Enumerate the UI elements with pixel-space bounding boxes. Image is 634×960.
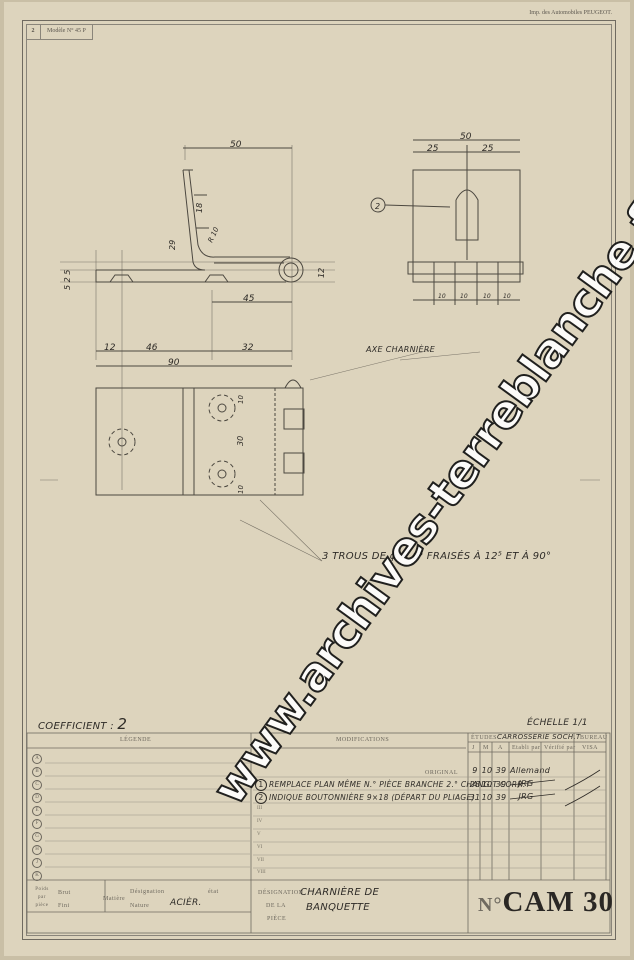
scale: ÉCHELLE 1/1: [527, 718, 588, 728]
svg-text:10: 10: [460, 293, 468, 300]
original-drawn-by: Allemand: [510, 766, 542, 775]
svg-text:25: 25: [427, 144, 439, 154]
holes-note: 3 TROUS DE ϕ = 6⁵ FRAISÉS À 12⁵ ET À 90°: [322, 551, 551, 562]
designation-label: Désignation: [130, 889, 165, 895]
svg-text:10: 10: [237, 485, 245, 494]
legend-header: LÉGENDE: [120, 737, 151, 743]
side-view: [96, 148, 303, 302]
modifications-header: MODIFICATIONS: [336, 737, 389, 743]
designation-piece-label-2: DE LA: [266, 903, 286, 909]
svg-text:5 2 5: 5 2 5: [63, 270, 72, 290]
svg-text:10: 10: [503, 293, 511, 300]
part-designation: CHARNIÈRE DE BANQUETTE: [300, 885, 379, 915]
col-visa: VISA: [582, 745, 598, 751]
svg-text:32: 32: [242, 343, 254, 353]
row-number: VIII: [257, 870, 266, 875]
designation-line-2: BANQUETTE: [300, 900, 379, 915]
col-m: M: [483, 745, 489, 751]
bureau-label: BUREAU: [580, 735, 608, 741]
modification-row-empty: VI: [253, 842, 468, 855]
row-number: VI: [257, 845, 262, 850]
coefficient: COEFFICIENT : 2: [38, 715, 127, 733]
mod1-year: 39: [494, 780, 508, 789]
original-day: 9: [469, 766, 481, 775]
legend-item: E: [32, 804, 250, 817]
svg-text:10: 10: [438, 293, 446, 300]
coefficient-value: 2: [117, 715, 127, 733]
legend-item: F: [32, 817, 250, 830]
scale-label: ÉCHELLE: [527, 718, 569, 728]
legend-item: J: [32, 856, 250, 869]
weight-brut-label: Brut: [58, 890, 71, 896]
svg-text:12: 12: [317, 268, 326, 278]
modification-row-empty: V: [253, 829, 468, 842]
plan-view: [96, 351, 304, 495]
coefficient-label: COEFFICIENT :: [38, 721, 114, 732]
modification-row-empty: IV: [253, 816, 468, 829]
nature-label: Nature: [130, 903, 149, 909]
part-number-value: CAM 30: [502, 886, 614, 918]
col-j: J: [472, 745, 475, 751]
legend-letter: A: [32, 754, 42, 764]
mod2-day: 31: [469, 793, 481, 802]
mod1-month: 10: [481, 780, 493, 789]
svg-text:2: 2: [375, 202, 380, 211]
original-month: 10: [481, 766, 493, 775]
legend-letter: C: [32, 780, 42, 790]
svg-text:12: 12: [104, 343, 116, 353]
col-etabli: Etabli par: [512, 745, 541, 751]
mod1-drawn-by: JRG: [510, 779, 542, 788]
part-number: N°CAM 30: [478, 886, 614, 919]
row-number: IV: [257, 819, 262, 824]
designation-piece-label-3: PIÈCE: [267, 916, 286, 922]
legend-letter: H: [32, 845, 42, 855]
svg-text:10: 10: [237, 395, 245, 404]
legend-item: K: [32, 869, 250, 882]
legend-letter: F: [32, 819, 42, 829]
col-verifie: Vérifié par: [544, 745, 576, 751]
svg-text:10: 10: [483, 293, 491, 300]
legend-item: G: [32, 830, 250, 843]
modification-row-empty: III: [253, 803, 468, 816]
mod2-month: 10: [481, 793, 493, 802]
department: CARROSSERIE SOCH.T: [497, 733, 581, 741]
original-label: ORIGINAL: [425, 770, 458, 776]
svg-text:46: 46: [146, 343, 158, 353]
etudes-label: ÉTUDES: [471, 735, 497, 741]
weight-label: Poids par pièce: [34, 886, 50, 910]
original-year: 39: [494, 766, 508, 775]
svg-text:45: 45: [243, 294, 255, 304]
mod1-day: 28: [469, 780, 481, 789]
mod2-drawn-by: JRG: [510, 792, 542, 801]
svg-text:90: 90: [168, 358, 180, 368]
scale-value: 1/1: [572, 718, 587, 728]
hinge-axis-label: AXE CHARNIÈRE: [366, 345, 435, 354]
legend-letter: J: [32, 858, 42, 868]
svg-text:50: 50: [460, 132, 472, 142]
legend-letter: B: [32, 767, 42, 777]
material-nature-value: ACIÈR.: [170, 898, 202, 908]
legend-letter: K: [32, 871, 42, 881]
svg-text:29: 29: [168, 240, 177, 250]
svg-text:30: 30: [236, 436, 245, 446]
mod2-year: 39: [494, 793, 508, 802]
legend-item: H: [32, 843, 250, 856]
etat-label: état: [208, 889, 219, 895]
legend-letter: G: [32, 832, 42, 842]
end-view: [371, 140, 523, 305]
weight-fini-label: Fini: [58, 903, 70, 909]
col-a: A: [498, 745, 503, 751]
modification-row-empty: VIII: [253, 867, 468, 880]
legend-letter: D: [32, 793, 42, 803]
designation-piece-label-1: DÉSIGNATION: [258, 890, 304, 896]
row-number: VII: [257, 858, 264, 863]
svg-text:18: 18: [195, 203, 204, 213]
part-number-prefix: N°: [478, 894, 502, 916]
dim-50: 50: [230, 140, 242, 150]
svg-text:25: 25: [482, 144, 494, 154]
material-label: Matière: [103, 896, 125, 902]
legend-letter: E: [32, 806, 42, 816]
row-number: III: [257, 806, 262, 811]
modification-text: INDIQUE BOUTONNIÈRE 9×18 (DÉPART DU PLIA…: [269, 793, 478, 802]
row-number: V: [257, 832, 261, 837]
designation-line-1: CHARNIÈRE DE: [300, 885, 379, 900]
